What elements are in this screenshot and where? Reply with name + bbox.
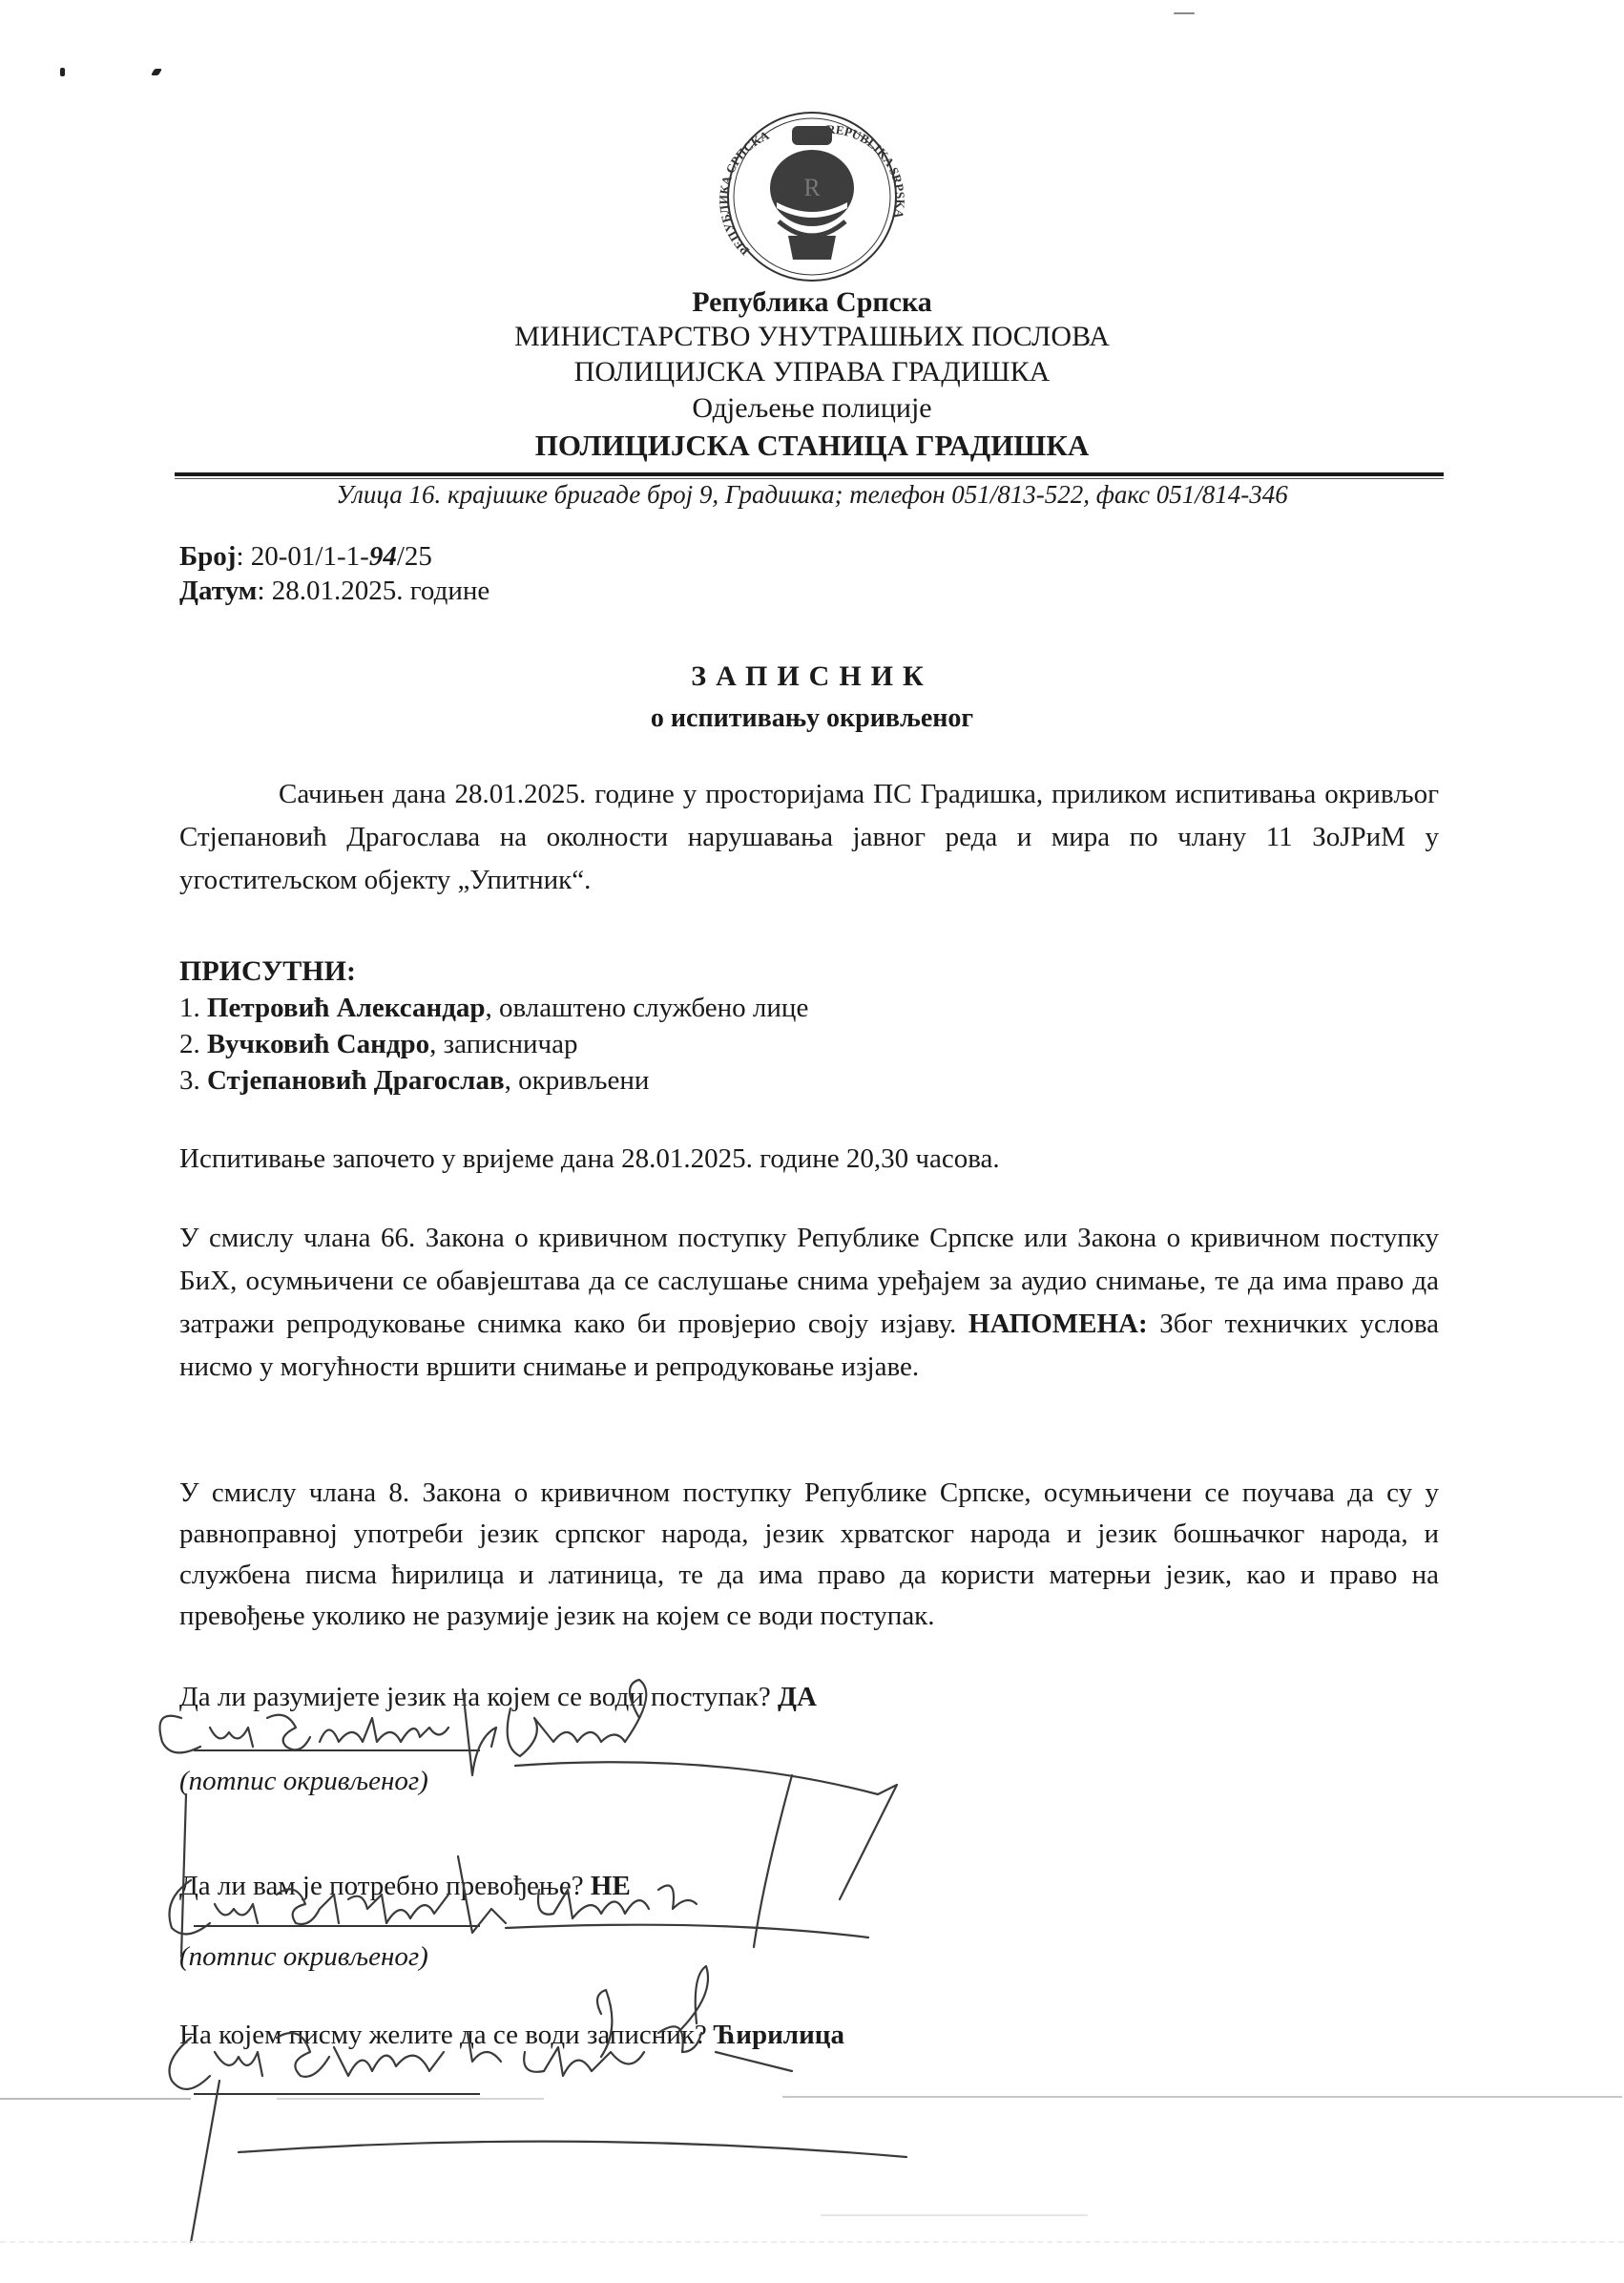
- signature-line-3: [194, 2093, 480, 2095]
- signature-line-2: [194, 1925, 480, 1927]
- person-number: 2.: [179, 1029, 207, 1059]
- document-title: ЗАПИСНИК: [0, 660, 1624, 693]
- language-paragraph: У смислу члана 8. Закона о кривичном пос…: [179, 1473, 1439, 1637]
- header-republic: Република Српска: [0, 287, 1624, 317]
- scan-artifact-line: [821, 2214, 1088, 2216]
- question-1: Да ли разумијете језик на којем се води …: [179, 1682, 817, 1712]
- present-heading: ПРИСУТНИ:: [179, 956, 356, 987]
- intro-paragraph: Сачињен дана 28.01.2025. године у просто…: [179, 773, 1439, 902]
- question-text: Да ли вам је потребно превођење?: [179, 1871, 591, 1901]
- scan-speck: [60, 68, 65, 76]
- present-person-2: 2. Вучковић Сандро, записничар: [179, 1029, 577, 1059]
- document-number-prefix: : 20-01/1-1-: [236, 541, 368, 572]
- interrogation-start: Испитивање започето у вријеме дана 28.01…: [179, 1143, 1000, 1174]
- svg-text:РЕПУБЛИКА СРПСКА: РЕПУБЛИКА СРПСКА: [717, 128, 772, 259]
- signature-caption-1: (потпис окривљеног): [179, 1766, 428, 1796]
- question-answer: ДА: [778, 1682, 817, 1712]
- person-number: 3.: [179, 1065, 207, 1096]
- question-answer: НЕ: [591, 1871, 631, 1901]
- document-date-label: Датум: [179, 576, 257, 606]
- recording-paragraph: У смислу члана 66. Закона о кривичном по…: [179, 1217, 1439, 1389]
- header-divider: [175, 472, 1444, 476]
- scan-speck: [1174, 12, 1195, 14]
- present-person-1: 1. Петровић Александар, овлаштено службе…: [179, 993, 808, 1023]
- header-address: Улица 16. крајишке бригаде број 9, Гради…: [0, 480, 1624, 509]
- document-date-value: : 28.01.2025. године: [257, 576, 489, 606]
- person-name: Стјепановић Драгослав: [207, 1065, 505, 1096]
- document-date: Датум: 28.01.2025. године: [179, 576, 489, 606]
- person-role: , овлаштено службено лице: [486, 993, 809, 1023]
- document-number-bold: 94: [369, 541, 397, 572]
- scan-artifact-line: [0, 2241, 1624, 2243]
- scan-artifact-line: [0, 2098, 191, 2100]
- document-number: Број: 20-01/1-1-94/25: [179, 541, 432, 572]
- header-divider-thin: [175, 478, 1444, 479]
- document-number-suffix: /25: [397, 541, 432, 572]
- question-text: Да ли разумијете језик на којем се води …: [179, 1682, 778, 1712]
- header-administration: ПОЛИЦИЈСКА УПРАВА ГРАДИШКА: [0, 357, 1624, 387]
- person-name: Вучковић Сандро: [207, 1029, 429, 1059]
- document-subtitle: о испитивању окривљеног: [0, 703, 1624, 734]
- question-text: На којем писму желите да се води записни…: [179, 2020, 714, 2050]
- person-number: 1.: [179, 993, 207, 1023]
- question-3: На којем писму желите да се води записни…: [179, 2020, 844, 2050]
- document-number-label: Број: [179, 541, 236, 572]
- person-role: , окривљени: [505, 1065, 650, 1096]
- header-station: ПОЛИЦИЈСКА СТАНИЦА ГРАДИШКА: [0, 430, 1624, 460]
- scan-speck: [151, 69, 162, 75]
- person-name: Петровић Александар: [207, 993, 486, 1023]
- present-person-3: 3. Стјепановић Драгослав, окривљени: [179, 1065, 649, 1096]
- header-ministry: МИНИСТАРСТВО УНУТРАШЊИХ ПОСЛОВА: [0, 322, 1624, 351]
- signature-line-1: [194, 1749, 480, 1751]
- question-2: Да ли вам је потребно превођење? НЕ: [179, 1871, 631, 1901]
- person-role: , записничар: [429, 1029, 577, 1059]
- scan-artifact-line: [277, 2098, 544, 2100]
- svg-text:R: R: [803, 174, 821, 201]
- scan-artifact-line: [782, 2096, 1622, 2098]
- header-department: Одјељење полиције: [0, 393, 1624, 423]
- signature-caption-2: (потпис окривљеног): [179, 1941, 428, 1972]
- coat-of-arms-seal-icon: РЕПУБЛИКА СРПСКА REPUBLIKA SRPSKA R: [693, 107, 931, 286]
- recording-note-label: НАПОМЕНА:: [968, 1309, 1148, 1339]
- question-answer: Ћирилица: [714, 2020, 844, 2050]
